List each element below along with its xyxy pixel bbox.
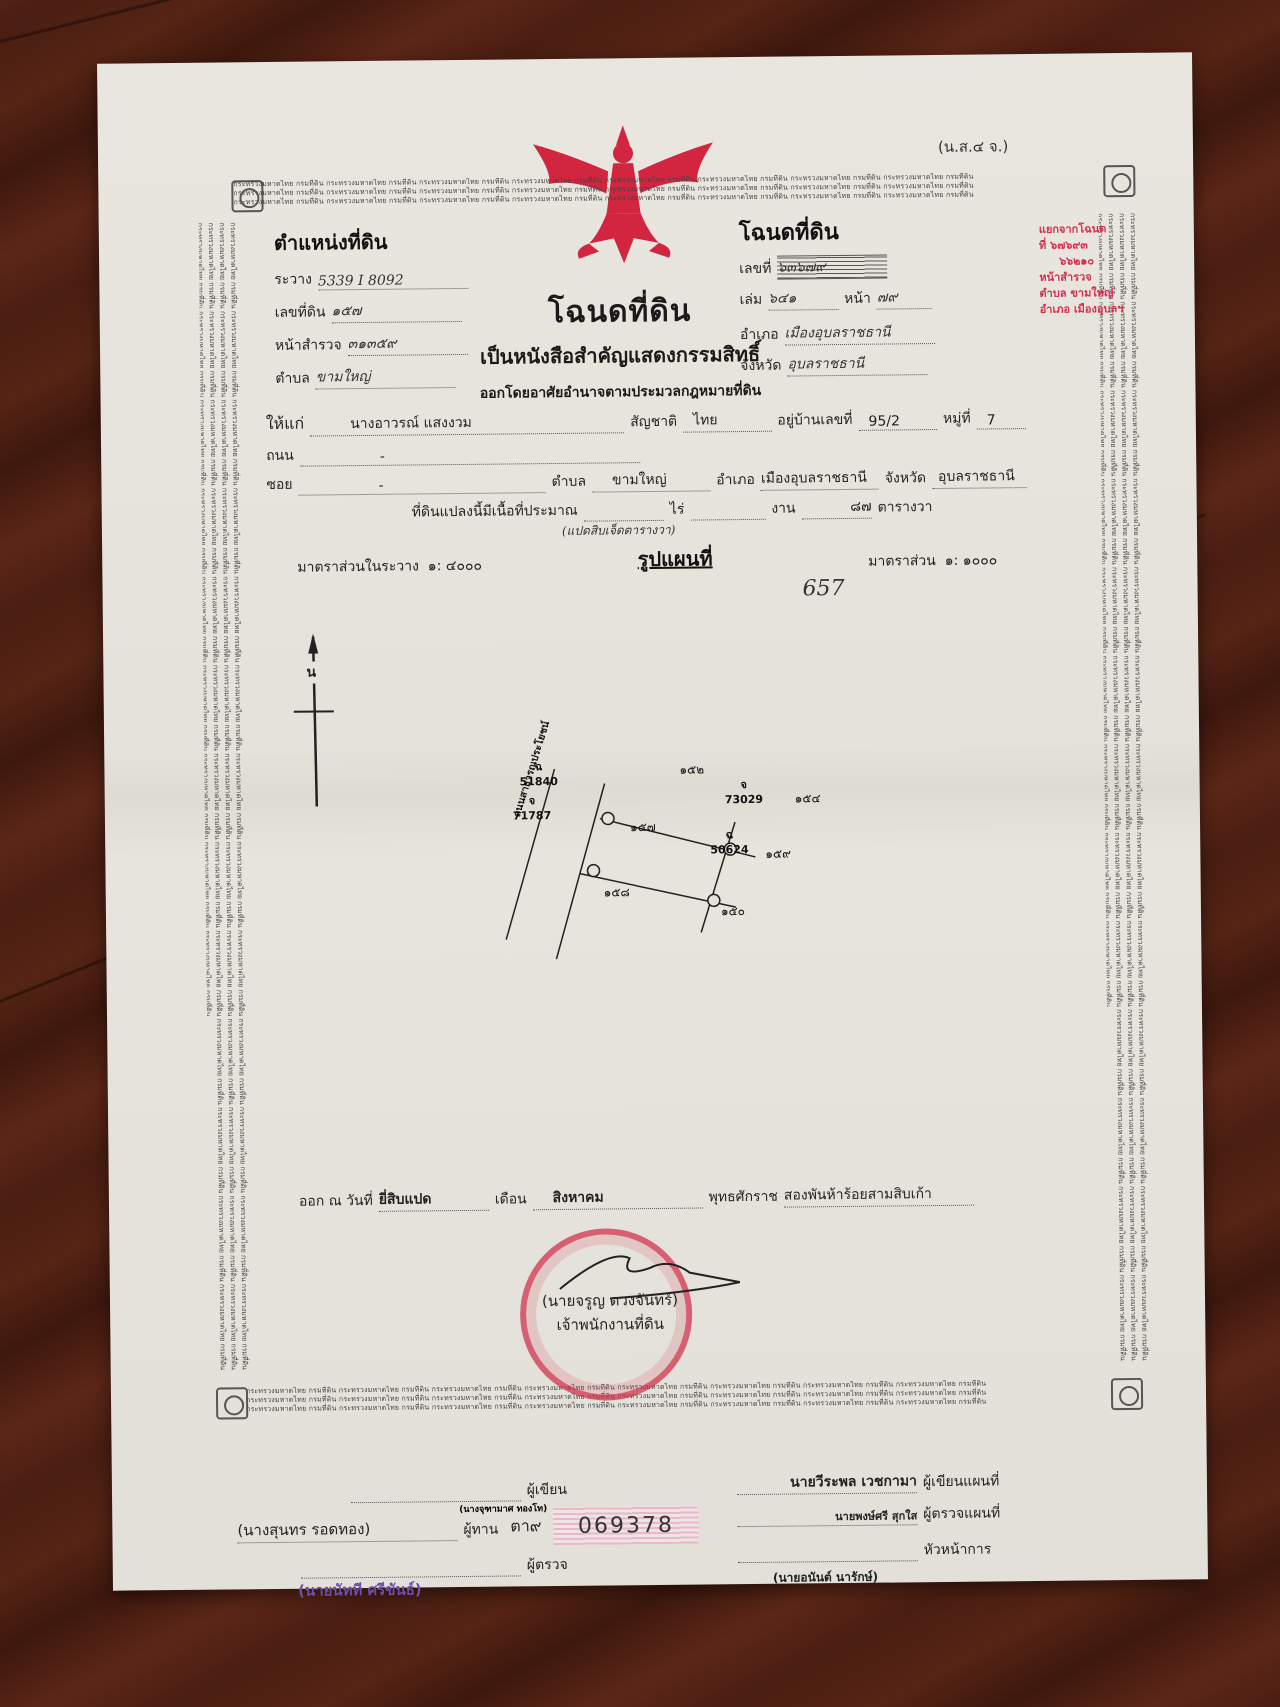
area-section: ที่ดินแปลงนี้มีเนื้อที่ประมาณ ไร่ งาน ๘๗… xyxy=(412,494,1012,542)
issue-date-row: ออก ณ วันที่ ยี่สิบแปด เดือน สิงหาคม พุท… xyxy=(299,1182,1019,1213)
title-block: โฉนดที่ดิน เป็นหนังสือสำคัญแสดงกรรมสิทธิ… xyxy=(449,287,790,406)
owner-section: ให้แก่ นางอาวรณ์ แสงงวม สัญชาติ ไทย อยู่… xyxy=(266,404,1027,496)
marker-51840: ฉ51840 xyxy=(519,757,558,788)
corner-ornament-icon xyxy=(1111,1378,1143,1410)
deed-title: โฉนดที่ดิน xyxy=(449,287,789,338)
land-position-heading: ตำแหน่งที่ดิน xyxy=(274,224,524,259)
serial-number: 069378 xyxy=(553,1506,698,1546)
soi-row: ซอย - ตำบล ขามใหญ่ อำเภอ เมืองอุบลราชธาน… xyxy=(266,465,1026,496)
border-pattern-right: กระทรวงมหาดไทย กรมที่ดิน กระทรวงมหาดไทย … xyxy=(1099,213,1151,1378)
neighbor-east-top: ๑๕๔ xyxy=(795,789,821,808)
official-block: (นายจรูญ ดวงจันทร์) เจ้าพนักงานที่ดิน xyxy=(510,1287,710,1337)
neighbor-north: ๑๕๒ xyxy=(679,760,704,779)
corner-ornament-icon xyxy=(216,1387,248,1419)
handwritten-note: 657 xyxy=(802,576,844,601)
deed-heading: โฉนดที่ดิน xyxy=(739,212,999,250)
border-pattern-left: กระทรวงมหาดไทย กรมที่ดิน กระทรวงมหาดไทย … xyxy=(199,222,251,1387)
neighbor-south-far: ๑๕๐ xyxy=(721,902,745,921)
signatures-right: นายวีระพล เวชกามา ผู้เขียนแผนที่ นายพงษ์… xyxy=(737,1469,1058,1588)
land-title-deed: (น.ส.๔ จ.) กระทรวงมหาดไทย กรมที่ดิน กระท… xyxy=(97,52,1208,1590)
serial-number-block: ตา๙ 069378 xyxy=(510,1506,698,1546)
scale-row: มาตราส่วนในระวาง ๑: ๔๐๐๐ รูปแผนที่ มาตรา… xyxy=(297,539,997,578)
corner-ornament-icon xyxy=(1103,165,1135,197)
field-deed-number: เลขที่ ๖๓๖๗๙ xyxy=(739,253,999,280)
border-pattern-bottom: กระทรวงมหาดไทย กรมที่ดิน กระทรวงมหาดไทย … xyxy=(246,1378,1116,1427)
marker-71787: จ71787 xyxy=(513,791,552,822)
official-title: เจ้าพนักงานที่ดิน xyxy=(510,1311,710,1337)
neighbor-south: ๑๕๘ xyxy=(604,883,630,902)
corner-ornament-icon xyxy=(231,180,263,212)
wood-grain xyxy=(0,0,1242,43)
road-row: ถนน - xyxy=(266,437,1026,467)
deed-subtitle: เป็นหนังสือสำคัญแสดงกรรมสิทธิ์ xyxy=(450,338,790,374)
marker-50624: ฉ50624 xyxy=(710,825,749,856)
neighbor-east-bottom: ๑๕๙ xyxy=(765,845,791,864)
red-split-annotation: แยกจากโฉนด ที่ ๖๗๖๙๓ ๖๖๒๑๐ หน้าสำรวจ ตำบ… xyxy=(1039,221,1150,318)
area-in-words: (แปดสิบเจ็ดตารางวา) xyxy=(562,517,1012,541)
north-label: น xyxy=(306,662,316,684)
form-code: (น.ส.๔ จ.) xyxy=(938,134,1009,159)
marker-73029: จ73029 xyxy=(725,775,764,806)
official-name: (นายจรูญ ดวงจันทร์) xyxy=(510,1287,710,1313)
field-rawang: ระวาง 5339 I 8092 xyxy=(274,266,524,291)
owner-row: ให้แก่ นางอาวรณ์ แสงงวม สัญชาติ ไทย อยู่… xyxy=(266,404,1026,437)
parcel-number: ๑๕๗ xyxy=(630,818,656,837)
north-arrow-icon xyxy=(283,631,345,812)
issued-by: ออกโดยอาศัยอำนาจตามประมวลกฎหมายที่ดิน xyxy=(450,380,790,406)
map-title: รูปแผนที่ xyxy=(637,542,712,575)
